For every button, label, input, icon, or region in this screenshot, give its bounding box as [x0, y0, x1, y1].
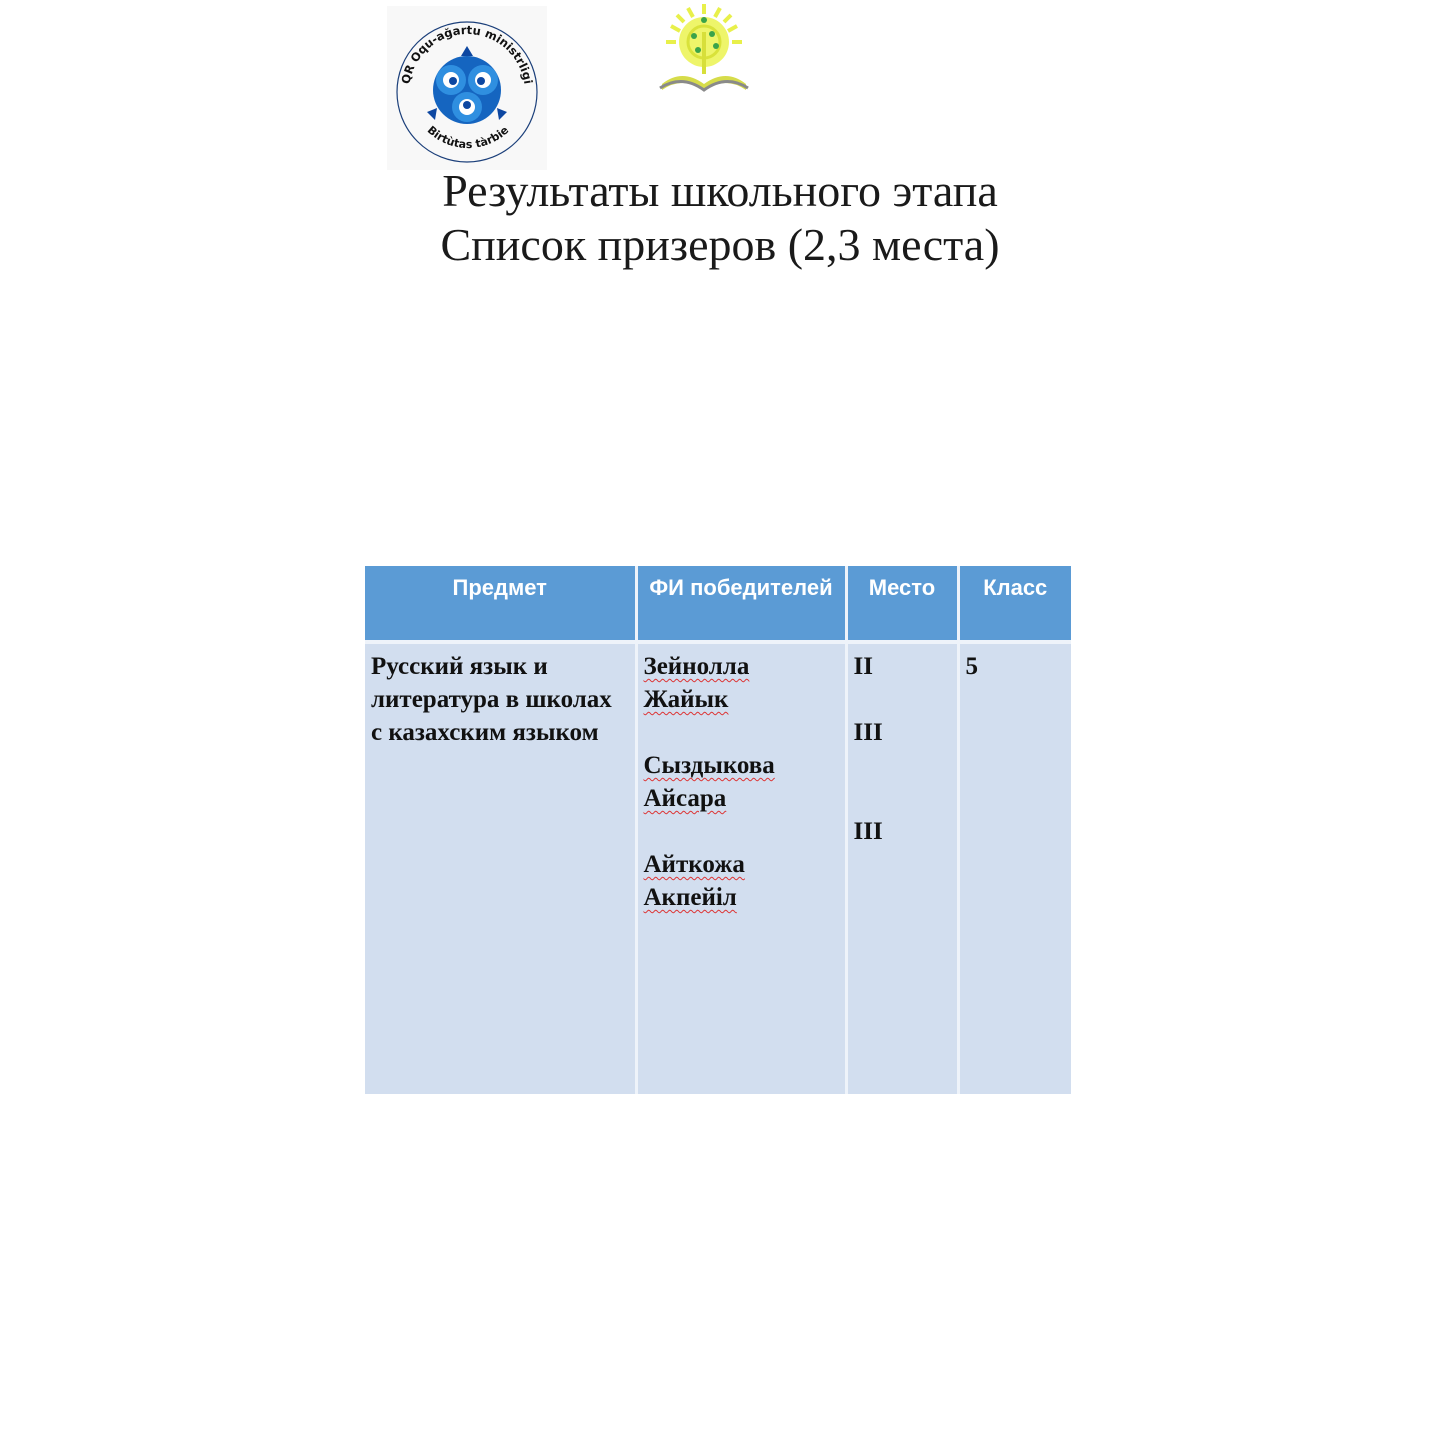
- cell-grade: 5: [958, 642, 1071, 1094]
- sun-book-icon: [652, 0, 756, 100]
- svg-text:Birtùtas tàrbie: Birtùtas tàrbie: [425, 123, 511, 151]
- table-row: Русский язык и литература в школах с каз…: [365, 642, 1071, 1094]
- winner-place: III: [854, 716, 951, 749]
- table-header-row: Предмет ФИ победителей Место Класс: [365, 566, 1071, 642]
- results-table: Предмет ФИ победителей Место Класс Русск…: [365, 566, 1071, 1094]
- ornament-icon: QR Oqu-ağartu ministrligi Birtùtas tàrbi…: [387, 6, 547, 170]
- winner-name: Акпейіл: [644, 881, 839, 914]
- winner-surname: Сыздыкова: [644, 749, 839, 782]
- page-title: Результаты школьного этапа: [0, 164, 1440, 218]
- page-subtitle: Список призеров (2,3 места): [0, 218, 1440, 272]
- winner-surname: Айткожа: [644, 848, 839, 881]
- winner-name: Айсара: [644, 782, 839, 815]
- header-place: Место: [846, 566, 958, 642]
- winner-place: III: [854, 815, 951, 848]
- ministry-logo: QR Oqu-ağartu ministrligi Birtùtas tàrbi…: [387, 6, 547, 170]
- header-subject: Предмет: [365, 566, 636, 642]
- cell-subject: Русский язык и литература в школах с каз…: [365, 642, 636, 1094]
- header-grade: Класс: [958, 566, 1071, 642]
- winner-name: Жайык: [644, 683, 839, 716]
- winner-surname: Зейнолла: [644, 650, 839, 683]
- cell-places: II III III: [846, 642, 958, 1094]
- school-logo: [652, 0, 756, 100]
- header-winners: ФИ победителей: [636, 566, 846, 642]
- winner-place: II: [854, 650, 951, 683]
- cell-winners: Зейнолла Жайык Сыздыкова Айсара Айткожа …: [636, 642, 846, 1094]
